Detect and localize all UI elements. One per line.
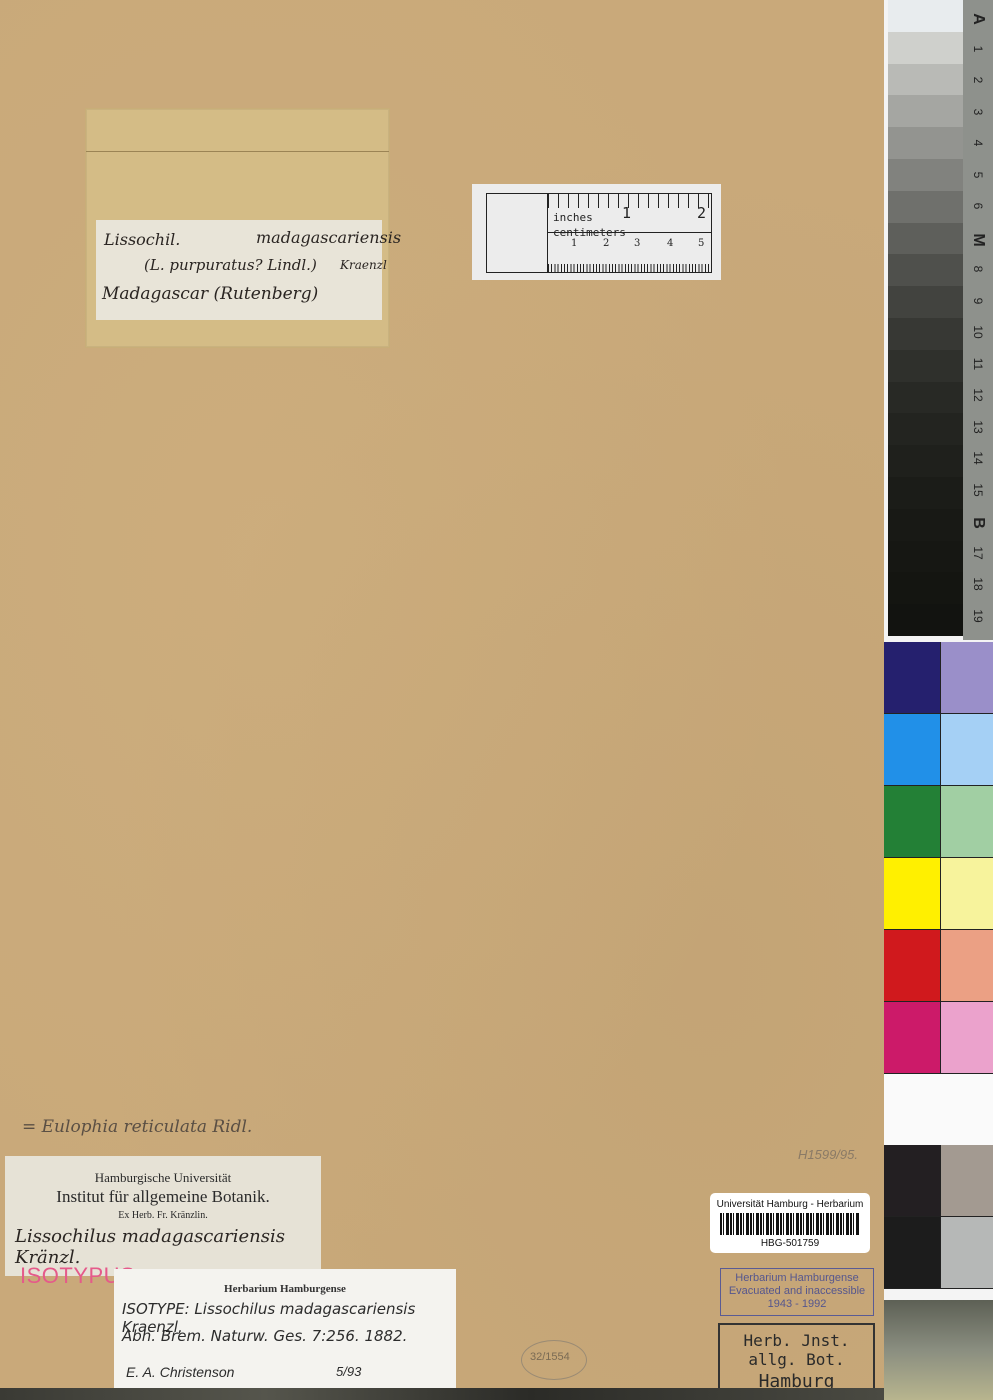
gray-patch [888, 318, 963, 350]
gray-scale-labels: A123456M89101112131415B171819 [963, 0, 993, 640]
gray-patch [888, 413, 963, 445]
gray-label: 18 [971, 571, 985, 597]
type-label: Herbarium Hamburgense ISOTYPE: Lissochil… [114, 1269, 456, 1390]
herbarium-sheet: Lissochil. madagascariensis (L. purpurat… [0, 0, 884, 1390]
envelope-epithet: madagascariensis [256, 228, 401, 247]
cm-mark-2: 2 [603, 238, 609, 249]
provenance-text: Ex Herb. Fr. Kränzlin. [5, 1210, 321, 1221]
swatch-row [884, 786, 993, 858]
color-swatch [941, 858, 993, 929]
color-calibration-chart: A123456M89101112131415B171819 [884, 0, 993, 1300]
barcode-title: Universität Hamburg - Herbarium [710, 1199, 870, 1210]
envelope-flap [86, 109, 389, 152]
scanner-background [884, 1300, 993, 1400]
color-swatch [884, 1002, 941, 1073]
gray-label: 17 [971, 540, 985, 566]
institute-name: Institut für allgemeine Botanik. [5, 1187, 321, 1207]
determination-date: 5/93 [336, 1364, 361, 1379]
gray-patch [888, 32, 963, 64]
type-label-header: Herbarium Hamburgense [114, 1283, 456, 1295]
gray-label: 5 [971, 162, 985, 188]
ruler-blank-area [487, 194, 548, 272]
cm-ticks [548, 264, 711, 272]
circled-number: 32/1554 [521, 1340, 587, 1380]
swatch-row [884, 1002, 993, 1074]
scanner-edge [0, 1388, 884, 1400]
color-swatch [884, 642, 941, 713]
gray-patch [888, 445, 963, 477]
specimen-id: HBG-501759 [710, 1238, 870, 1249]
color-swatch [884, 930, 941, 1001]
gray-patch [888, 223, 963, 255]
centimeters-label: centimeters [553, 226, 626, 239]
gray-label: 6 [971, 193, 985, 219]
color-swatch [884, 858, 941, 929]
gray-scale-strip [888, 0, 963, 636]
gray-patch [888, 127, 963, 159]
color-swatches [884, 642, 993, 1289]
gray-label: 11 [971, 351, 985, 377]
gray-patch [888, 0, 963, 32]
envelope-genus: Lissochil. [104, 230, 180, 249]
gray-patch [888, 159, 963, 191]
gray-patch [888, 604, 963, 636]
gray-patch [888, 509, 963, 541]
color-swatch [884, 786, 941, 857]
swatch-row [884, 642, 993, 714]
gray-label: M [969, 227, 987, 253]
university-name: Hamburgische Universität [5, 1170, 321, 1186]
evacuation-stamp-line1: Herbarium Hamburgense [721, 1272, 873, 1285]
gray-label: 9 [971, 288, 985, 314]
color-swatch [884, 714, 941, 785]
gray-patch [888, 382, 963, 414]
color-swatch [941, 1002, 993, 1073]
gray-patch [888, 64, 963, 96]
envelope-synonym: (L. purpuratus? Lindl.) [144, 256, 317, 274]
swatch-row [884, 1217, 993, 1289]
gray-label: 15 [971, 477, 985, 503]
swatch-row [884, 1145, 993, 1217]
color-swatch [941, 642, 993, 713]
gray-label: 2 [971, 67, 985, 93]
envelope-label: Lissochil. madagascariensis (L. purpurat… [96, 220, 382, 320]
gray-patch [888, 286, 963, 318]
inch-mark-2: 2 [697, 204, 706, 222]
gray-label: 10 [971, 319, 985, 345]
barcode-label[interactable]: Universität Hamburg - Herbarium HBG-5017… [710, 1193, 870, 1253]
scale-ruler: inches 1 2 centimeters 1 2 3 4 5 [472, 184, 721, 280]
pencil-accession-number: H1599/95. [798, 1147, 858, 1162]
gray-label: B [969, 510, 987, 536]
cm-mark-5: 5 [698, 238, 704, 249]
barcode-icon [720, 1213, 860, 1235]
gray-patch [888, 95, 963, 127]
gray-label: 13 [971, 414, 985, 440]
cm-mark-4: 4 [667, 238, 673, 249]
gray-label: 1 [971, 36, 985, 62]
determination-note: = Eulophia reticulata Ridl. [22, 1117, 252, 1137]
cm-mark-1: 1 [571, 238, 577, 249]
species-name: Lissochilus madagascariensis Kränzl. [15, 1226, 321, 1268]
inches-label: inches [553, 211, 593, 224]
evacuation-stamp-line2: Evacuated and inaccessible [721, 1285, 873, 1298]
determiner-signature: E. A. Christenson [126, 1364, 234, 1380]
white-swatch [884, 1074, 993, 1145]
gray-label: 12 [971, 382, 985, 408]
circled-number-text: 32/1554 [530, 1351, 570, 1363]
gray-label: 8 [971, 256, 985, 282]
color-swatch [941, 786, 993, 857]
institute-stamp: Herb. Jnst. allg. Bot. Hamburg [718, 1323, 875, 1391]
color-swatch [941, 1217, 993, 1288]
gray-patch [888, 572, 963, 604]
gray-label: 3 [971, 99, 985, 125]
gray-label: A [969, 6, 987, 32]
gray-patch [888, 350, 963, 382]
color-swatch [941, 1145, 993, 1216]
envelope-locality: Madagascar (Rutenberg) [102, 284, 318, 304]
gray-label: 19 [971, 603, 985, 629]
gray-patch [888, 477, 963, 509]
color-swatch [941, 930, 993, 1001]
gray-patch [888, 191, 963, 223]
gray-label: 4 [971, 130, 985, 156]
institute-stamp-line1: Herb. Jnst. allg. Bot. [720, 1331, 873, 1369]
cm-mark-3: 3 [634, 238, 640, 249]
gray-patch [888, 541, 963, 573]
gray-label: 14 [971, 445, 985, 471]
swatch-row [884, 930, 993, 1002]
color-swatch [941, 714, 993, 785]
inch-mark-1: 1 [622, 204, 631, 222]
institution-label: Hamburgische Universität Institut für al… [5, 1156, 321, 1276]
evacuation-stamp-line3: 1943 - 1992 [721, 1298, 873, 1311]
color-swatch [884, 1145, 941, 1216]
envelope-author: Kraenzl [340, 258, 387, 272]
gray-patch [888, 254, 963, 286]
evacuation-stamp: Herbarium Hamburgense Evacuated and inac… [720, 1268, 874, 1316]
type-label-line2: Abh. Brem. Naturw. Ges. 7:256. 1882. [122, 1327, 407, 1345]
swatch-row [884, 858, 993, 930]
swatch-row [884, 714, 993, 786]
color-swatch [884, 1217, 941, 1288]
